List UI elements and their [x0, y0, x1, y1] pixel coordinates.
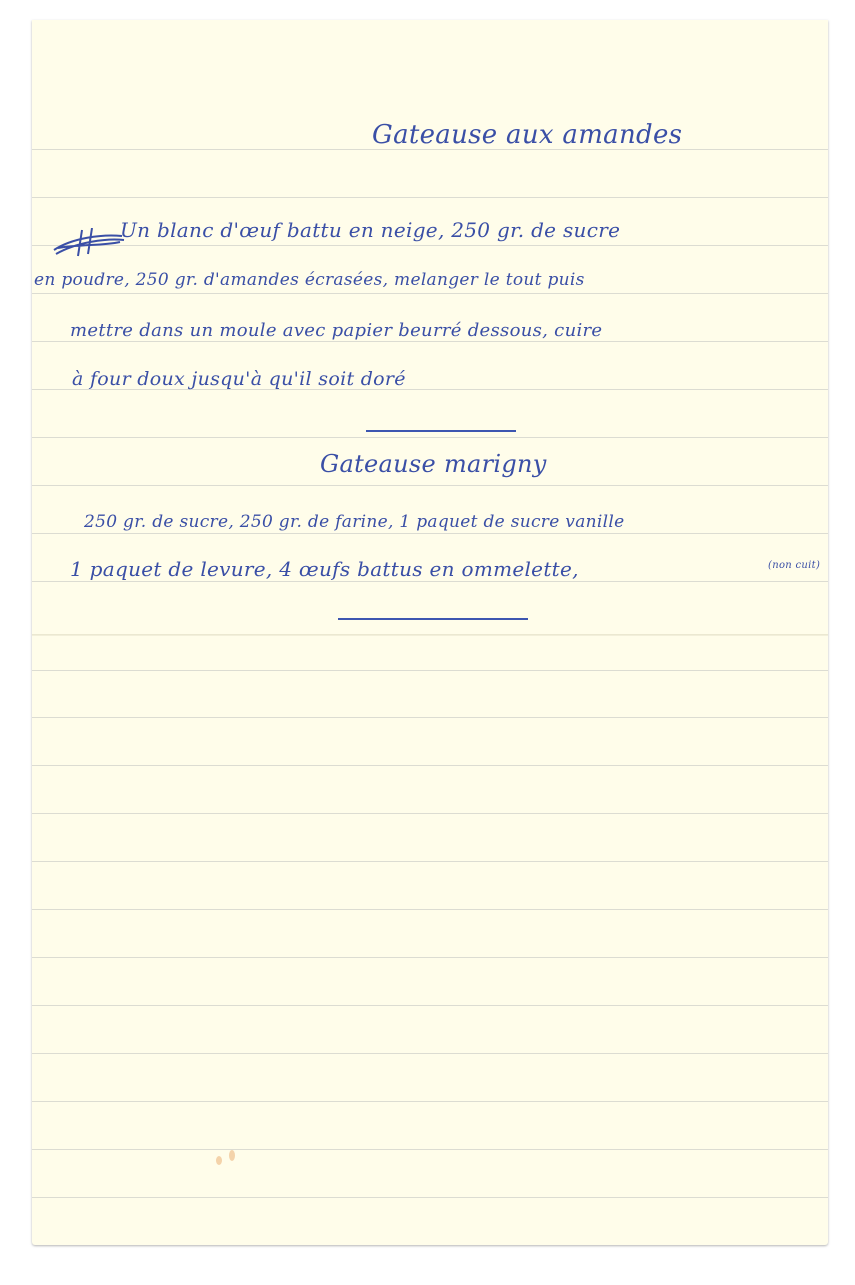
- ruled-line: [32, 533, 828, 534]
- recipe2-note: (non cuit): [768, 560, 820, 571]
- section-divider: [338, 618, 528, 620]
- ruled-line: [32, 293, 828, 294]
- section-divider: [366, 430, 516, 432]
- ruled-line: [32, 341, 828, 342]
- ruled-line: [32, 1005, 828, 1006]
- ruled-line: [32, 1197, 828, 1198]
- ruled-line: [32, 909, 828, 910]
- ruled-line: [32, 1101, 828, 1102]
- recipe1-line-2: en poudre, 250 gr. d'amandes écrasées, m…: [34, 270, 585, 290]
- recipe2-line-1: 250 gr. de sucre, 250 gr. de farine, 1 p…: [84, 512, 624, 532]
- ruled-line: [32, 1149, 828, 1150]
- ruled-line: [32, 765, 828, 766]
- ruled-line: [32, 437, 828, 438]
- paper-stain: [216, 1156, 222, 1165]
- ruled-line: [32, 813, 828, 814]
- ruled-line: [32, 717, 828, 718]
- paper-fold: [32, 634, 828, 636]
- ruled-line: [32, 1053, 828, 1054]
- ruled-line: [32, 197, 828, 198]
- paper-stain: [229, 1150, 235, 1161]
- recipe1-line-1: Un blanc d'œuf battu en neige, 250 gr. d…: [120, 218, 620, 242]
- recipe2-title: Gateause marigny: [320, 450, 547, 478]
- recipe1-title: Gateause aux amandes: [372, 120, 682, 150]
- handwritten-recipe-page: Gateause aux amandes Un blanc d'œuf batt…: [32, 20, 828, 1245]
- ruled-line: [32, 485, 828, 486]
- ruled-line: [32, 581, 828, 582]
- ruled-line: [32, 861, 828, 862]
- recipe1-line-3: mettre dans un moule avec papier beurré …: [70, 320, 602, 341]
- recipe2-line-2: 1 paquet de levure, 4 œufs battus en omm…: [70, 557, 579, 581]
- recipe1-line-4: à four doux jusqu'à qu'il soit doré: [72, 368, 406, 390]
- ruled-line: [32, 670, 828, 671]
- ruled-line: [32, 245, 828, 246]
- ruled-line: [32, 957, 828, 958]
